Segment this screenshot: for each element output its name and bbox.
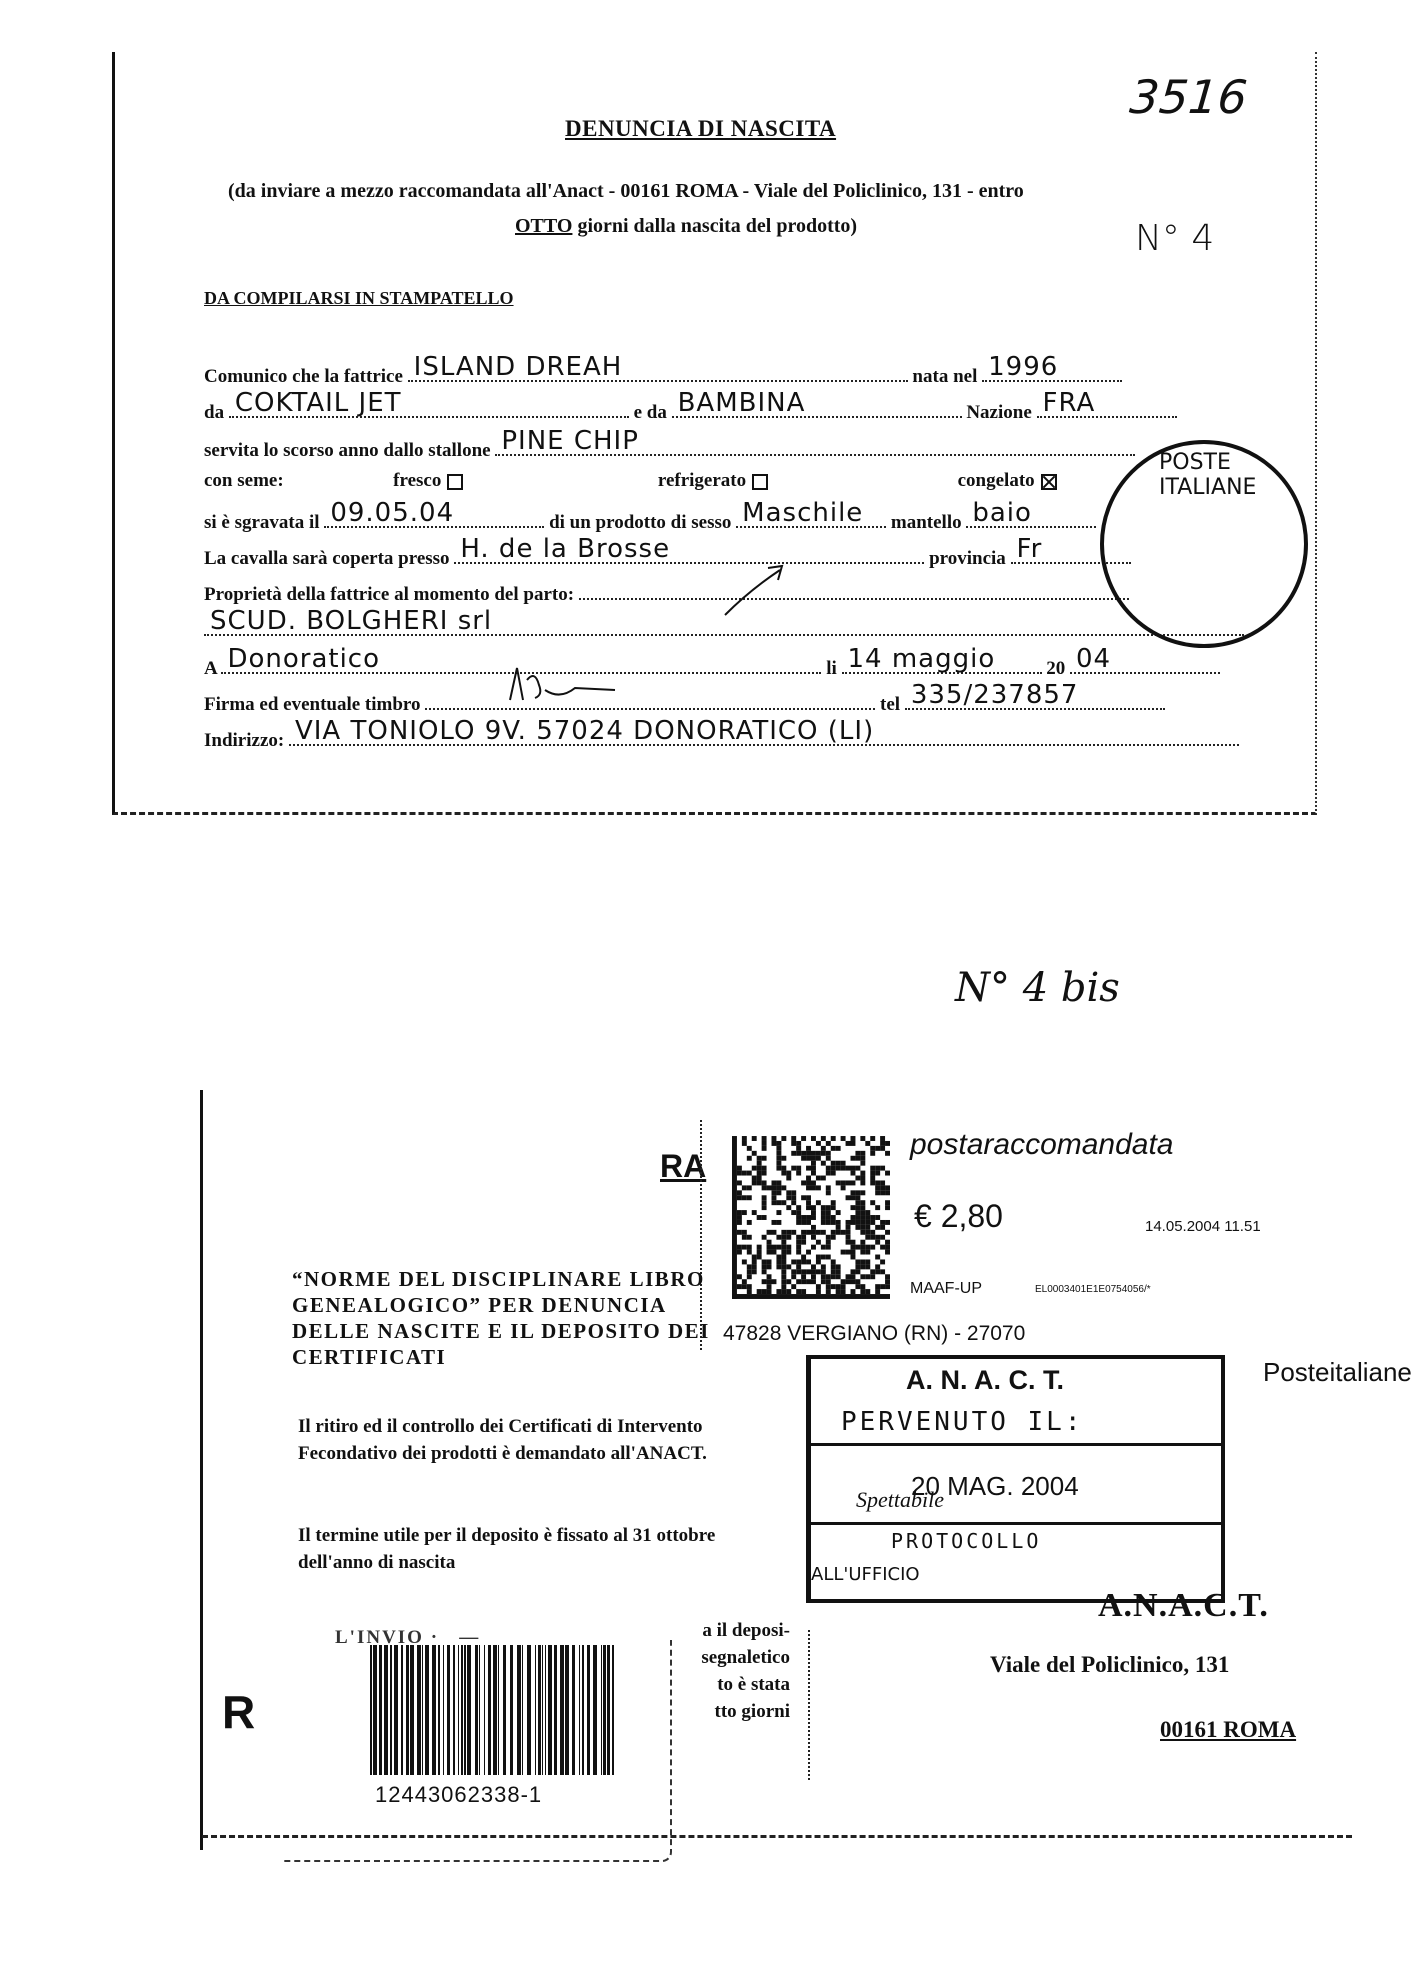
deadline-emphasis: OTTO: [515, 215, 572, 237]
address-label: Indirizzo:: [204, 730, 284, 751]
address-value: VIA TONIOLO 9V. 57024 DONORATICO (LI): [295, 716, 874, 746]
semen-label: con seme:: [204, 470, 284, 491]
rules-fragment: segnaletico: [660, 1644, 790, 1671]
field-row-stallion: servita lo scorso anno dallo stallone PI…: [204, 434, 1135, 462]
field-row-parents: da COKTAIL JET e da BAMBINA Nazione FRA: [204, 396, 1177, 424]
place-label: A: [204, 658, 217, 679]
recipient-name: A.N.A.C.T.: [1098, 1587, 1269, 1625]
born-label: nata nel: [912, 366, 977, 387]
coat-value: baio: [972, 498, 1032, 528]
province-label: provincia: [929, 548, 1006, 569]
born-year-value: 1996: [988, 352, 1058, 382]
poste-italiane-brand: Posteitaliane: [1263, 1357, 1412, 1388]
foaling-date-label: si è sgravata il: [204, 512, 320, 533]
date-field[interactable]: 14 maggio: [842, 652, 1042, 674]
year-field[interactable]: 04: [1070, 652, 1220, 674]
owner-line: [579, 578, 1129, 600]
semen-frozen-label: congelato: [958, 470, 1035, 491]
semen-chilled-checkbox[interactable]: [752, 474, 768, 490]
handwritten-envelope-number: N° 4 bis: [955, 965, 1120, 1011]
field-row-place-date: A Donoratico li 14 maggio 20 04: [204, 652, 1220, 680]
received-label: PERVENUTO IL:: [841, 1407, 1084, 1437]
rules-heading: “NORME DEL DISCIPLINARE LIBRO GENEALOGIC…: [292, 1266, 712, 1370]
field-row-foaling: si è sgravata il 09.05.04 di un prodotto…: [204, 506, 1096, 534]
datamatrix-code-icon: [732, 1135, 890, 1300]
stallion-label: servita lo scorso anno dallo stallone: [204, 440, 491, 461]
dam-label: e da: [634, 402, 667, 423]
phone-value: 335/237857: [911, 680, 1079, 710]
year-label: 20: [1046, 658, 1065, 679]
foaling-date-field[interactable]: 09.05.04: [324, 506, 544, 528]
stallion-field[interactable]: PINE CHIP: [495, 434, 1135, 456]
phone-field[interactable]: 335/237857: [905, 688, 1165, 710]
address-field[interactable]: VIA TONIOLO 9V. 57024 DONORATICO (LI): [289, 724, 1239, 746]
semen-fresh-label: fresco: [393, 470, 441, 491]
semen-chilled-label: refrigerato: [658, 470, 746, 491]
received-date: 20 MAG. 2004: [911, 1471, 1079, 1502]
dam-field[interactable]: BAMBINA: [672, 396, 962, 418]
born-year-field[interactable]: 1996: [982, 360, 1122, 382]
stamp-divider-2: [811, 1522, 1221, 1525]
sex-label: di un prodotto di sesso: [549, 512, 731, 533]
form-subtitle-line1: (da inviare a mezzo raccomandata all'Ana…: [228, 180, 1024, 203]
date-value: 14 maggio: [848, 644, 996, 674]
covering-label: La cavalla sarà coperta presso: [204, 548, 450, 569]
sire-value: COKTAIL JET: [235, 388, 402, 418]
barcode-icon: [370, 1645, 620, 1775]
mare-value: ISLAND DREAH: [414, 352, 623, 382]
sire-field[interactable]: COKTAIL JET: [229, 396, 629, 418]
field-row-address: Indirizzo: VIA TONIOLO 9V. 57024 DONORAT…: [204, 724, 1239, 752]
field-row-signature: Firma ed eventuale timbro tel 335/237857: [204, 688, 1165, 716]
owner-value: SCUD. BOLGHERI srl: [210, 606, 492, 636]
stallion-value: PINE CHIP: [501, 426, 639, 456]
field-row-mare: Comunico che la fattrice ISLAND DREAH na…: [204, 360, 1122, 388]
nation-field[interactable]: FRA: [1037, 396, 1177, 418]
rules-paragraph-1: Il ritiro ed il controllo dei Certificat…: [298, 1413, 778, 1467]
postage-datetime: 14.05.2004 11.51: [1145, 1218, 1261, 1235]
rules-fragment: a il deposi-: [660, 1617, 790, 1644]
deadline-text: giorni dalla nascita del prodotto): [572, 215, 857, 237]
rules-paragraph-3: a il deposi- segnaletico to è stata tto …: [660, 1617, 790, 1725]
semen-fresh-checkbox[interactable]: [447, 474, 463, 490]
postage-meter-code: EL0003401E1E0754056/*: [1035, 1284, 1151, 1295]
barcode-number: 12443062338-1: [375, 1782, 542, 1808]
postmark-text: POSTE ITALIANE: [1159, 450, 1304, 500]
signature-field[interactable]: [425, 688, 875, 710]
form-subtitle-line2: OTTO giorni dalla nascita del prodotto): [515, 215, 857, 238]
handwritten-file-number: 3516: [1128, 70, 1250, 124]
received-stamp: A. N. A. C. T. PERVENUTO IL: Spettabile …: [806, 1355, 1225, 1603]
label-divider: [808, 1630, 810, 1780]
form-title: DENUNCIA DI NASCITA: [565, 116, 836, 142]
coat-field[interactable]: baio: [966, 506, 1096, 528]
foaling-date-value: 09.05.04: [330, 498, 454, 528]
phone-label: tel: [880, 694, 900, 715]
field-row-covering: La cavalla sarà coperta presso H. de la …: [204, 542, 1131, 570]
form-instruction: DA COMPILARSI IN STAMPATELLO: [204, 288, 514, 309]
place-value: Donoratico: [227, 644, 380, 674]
province-value: Fr: [1017, 534, 1043, 564]
recipient-city: 00161 ROMA: [1160, 1717, 1296, 1743]
nation-value: FRA: [1043, 388, 1096, 418]
mare-label: Comunico che la fattrice: [204, 366, 403, 387]
postmark-stamp: POSTE ITALIANE: [1100, 440, 1308, 648]
mare-field[interactable]: ISLAND DREAH: [408, 360, 908, 382]
postage-meter: MAAF-UP: [910, 1280, 982, 1298]
date-label: li: [826, 658, 837, 679]
field-row-semen: con seme: fresco refrigerato congelato: [204, 470, 1057, 492]
postage-origin: 47828 VERGIANO (RN) - 27070: [723, 1322, 1025, 1346]
rules-fragment: to è stata: [660, 1671, 790, 1698]
field-row-owner: Proprietà della fattrice al momento del …: [204, 578, 1129, 606]
sex-field[interactable]: Maschile: [736, 506, 886, 528]
postage-price: € 2,80: [914, 1198, 1003, 1235]
dam-value: BAMBINA: [678, 388, 806, 418]
handwritten-sequence-number: N° 4: [1135, 218, 1214, 259]
signature-scribble-icon: [505, 660, 625, 710]
nation-label: Nazione: [966, 402, 1031, 423]
covering-value: H. de la Brosse: [460, 534, 670, 564]
signature-label: Firma ed eventuale timbro: [204, 694, 421, 715]
sex-value: Maschile: [742, 498, 863, 528]
owner-label: Proprietà della fattrice al momento del …: [204, 584, 574, 605]
covering-field[interactable]: H. de la Brosse: [454, 542, 924, 564]
sire-label: da: [204, 402, 224, 423]
rules-fragment: tto giorni: [660, 1698, 790, 1725]
office-label: ALL'UFFICIO: [811, 1564, 920, 1585]
stamp-divider-1: [811, 1443, 1221, 1446]
protocol-label: PROTOCOLLO: [891, 1529, 1041, 1553]
year-value: 04: [1076, 644, 1111, 674]
semen-frozen-checkbox[interactable]: [1041, 474, 1057, 490]
registered-letter-mark: R: [222, 1685, 255, 1739]
rules-paragraph-2: Il termine utile per il deposito è fissa…: [298, 1522, 778, 1576]
arrow-annotation-icon: [720, 560, 800, 620]
coat-label: mantello: [891, 512, 962, 533]
recipient-street: Viale del Policlinico, 131: [990, 1652, 1229, 1678]
postage-service: postaraccomandata: [910, 1128, 1174, 1162]
received-stamp-org: A. N. A. C. T.: [906, 1365, 1064, 1396]
